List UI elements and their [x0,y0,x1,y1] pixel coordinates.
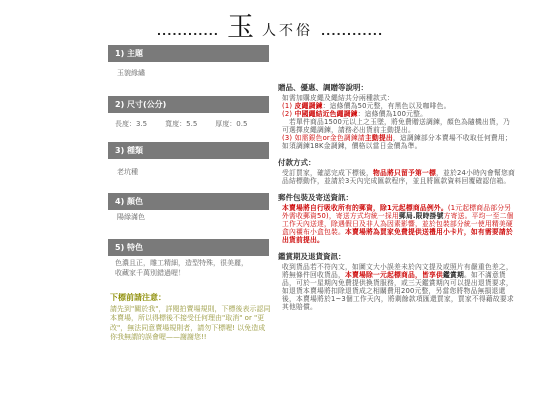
pre-bid-warning: 下標前請注意： 請先到"關於我"，詳閱拍賣場規則，下標後表示認同本賣場，所以得標… [110,292,272,343]
auction-listing-page: ............ 玉 人不俗 ............ 1) 主題 玉貌… [0,0,540,405]
dimension-width: 寬度：5.5 [165,119,197,129]
info-block: 贈品、優惠、調贈等說明：如需加購皮繩及繩結共分兩種款式： (1) 皮繩調鍊：這條… [278,82,516,150]
info-text-segment: 皮繩調鍊 [295,102,323,110]
info-text-segment: (3) 如需銀色or金色調鍊請 [282,134,365,142]
section-content-theme: 玉貌緣繡 [117,68,267,78]
info-text-segment: 物品將只留予第一標 [373,169,436,177]
info-body: 收到貨品若不符內文，如圖文大小誤差未於內文提及或照片有嚴重色差之，將無條件回收貨… [278,263,516,311]
warning-body: 請先到"關於我"，詳閱拍賣場規則，下標後表示認同本賣場，所以得標後不接受任何理由… [110,305,272,343]
info-column: 贈品、優惠、調贈等說明：如需加購皮繩及繩結共分兩種款式： (1) 皮繩調鍊：這條… [278,82,516,318]
info-text-segment: 受訂買家，確認完成下標後， [282,169,373,177]
info-block: 鑑賞期及退貨資訊：收到貨品若不符內文，如圖文大小誤差未於內文提及或照片有嚴重色差… [278,251,516,311]
info-body: 受訂買家，確認完成下標後，物品將只留予第一標，並於24小時內會幫您商品結標動作，… [278,169,516,185]
info-heading: 贈品、優惠、調贈等說明： [278,82,516,93]
attributes-column: 1) 主題 玉貌緣繡 2) 尺寸(公分) 長度：3.5 寬度：5.5 厚度：0.… [108,0,269,405]
info-text-segment: 郵局.限時掛號 [399,212,444,220]
info-text-segment: 主動提出 [365,134,393,142]
info-block: 郵件包裝及寄送資訊：本賣場將自行吸收所有的郵資，除1元起標商品例外。(1元起標商… [278,192,516,244]
info-text-segment: ：這條價為100元整。 [358,110,428,118]
section-header-kind: 3) 種類 [108,142,269,159]
info-text-segment: 本賣場將自行吸收所有的郵資，除1元起標商品例外。 [282,204,448,212]
dimension-thickness: 厚度：0.5 [215,119,247,129]
info-heading: 郵件包裝及寄送資訊： [278,192,516,203]
section-header-theme: 1) 主題 [108,45,269,62]
section-content-features: 色濃且正，雕工精細，造型特殊，很美麗， 收藏家千萬別錯過喔！ [115,258,269,278]
info-heading: 付款方式： [278,157,516,168]
section-header-color: 4) 顏色 [108,193,269,210]
section-content-color: 陽綠滿色 [117,212,267,222]
info-body: 本賣場將自行吸收所有的郵資，除1元起標商品例外。(1元起標商品部分另外需收郵資5… [278,204,516,244]
section-content-size: 長度：3.5 寬度：5.5 厚度：0.5 [115,119,269,129]
info-text-segment: (2) [282,110,295,118]
info-body: 如需加購皮繩及繩結共分兩種款式： (1) 皮繩調鍊：這條價為50元整，有黑色以及… [278,94,516,150]
title-dots-right: ............ [321,18,383,37]
title-subtitle: 人不俗 [262,14,313,40]
warning-title: 下標前請注意： [110,292,272,303]
page-title: ............ 玉 人不俗 ............ [0,12,540,42]
section-content-kind: 老坑種 [117,167,267,177]
section-header-size: 2) 尺寸(公分) [108,96,269,113]
info-block: 付款方式：受訂買家，確認完成下標後，物品將只留予第一標，並於24小時內會幫您商品… [278,157,516,185]
info-text-segment: 若單件商品1500元以上之玉墜，將免費贈送調鍊，顏色為隨機出貨，乃可選擇皮繩調鍊… [282,118,510,134]
info-text-segment: 中國繩結近色繩調鍊 [295,110,358,118]
section-header-features: 5) 特色 [108,239,269,256]
info-text-segment: ：這條價為50元整，有黑色以及咖啡色。 [323,102,451,110]
dimension-length: 長度：3.5 [115,119,147,129]
info-heading: 鑑賞期及退貨資訊： [278,251,516,262]
info-text-segment: (1) [282,102,295,110]
info-text-segment: 如需加購皮繩及繩結共分兩種款式： [282,94,394,102]
